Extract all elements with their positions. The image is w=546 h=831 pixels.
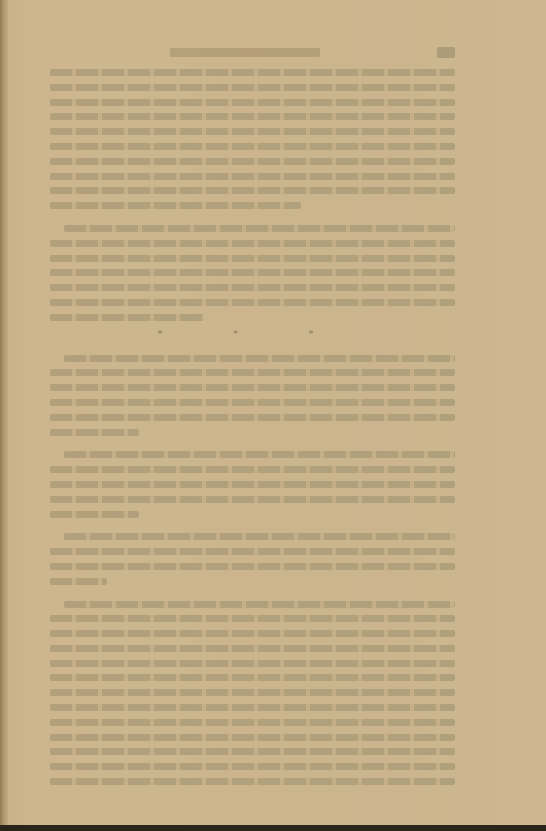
text-line: [50, 507, 455, 522]
text-line: [50, 492, 455, 507]
text-line: [50, 139, 455, 154]
text-line: [50, 611, 455, 626]
text-line: [50, 221, 455, 236]
text-line: [50, 365, 455, 380]
text-line: [50, 759, 455, 774]
paragraph: [50, 529, 455, 588]
paragraphs-before-separator: [50, 65, 455, 325]
text-line: [50, 597, 455, 612]
text-line: [50, 109, 455, 124]
book-page: * * *: [0, 0, 546, 825]
text-line: [50, 280, 455, 295]
text-line: [50, 169, 455, 184]
text-line: [50, 700, 455, 715]
text-line: [50, 574, 455, 589]
text-line: [50, 295, 455, 310]
paragraph: [50, 597, 455, 789]
text-line: [50, 715, 455, 730]
paragraph: [50, 351, 455, 440]
body-text: * * *: [50, 65, 455, 789]
binding-gutter: [0, 0, 8, 825]
text-line: [50, 529, 455, 544]
scan-bottom-edge: [0, 825, 546, 831]
text-line: [50, 265, 455, 280]
text-line: [50, 544, 455, 559]
text-line: [50, 685, 455, 700]
text-line: [50, 730, 455, 745]
text-line: [50, 744, 455, 759]
text-line: [50, 395, 455, 410]
text-line: [50, 65, 455, 80]
text-line: [50, 251, 455, 266]
paragraph: [50, 221, 455, 325]
text-line: [50, 670, 455, 685]
text-line: [50, 656, 455, 671]
paragraph: [50, 447, 455, 521]
page-number: [437, 47, 455, 58]
page-header: [50, 46, 455, 60]
text-line: [50, 447, 455, 462]
text-line: [50, 477, 455, 492]
text-line: [50, 95, 455, 110]
paragraph: [50, 65, 455, 213]
text-line: [50, 774, 455, 789]
paragraphs-after-separator: [50, 351, 455, 789]
text-line: [50, 641, 455, 656]
running-head: [170, 48, 320, 57]
text-line: [50, 559, 455, 574]
text-line: [50, 425, 455, 440]
text-line: [50, 351, 455, 366]
text-line: [50, 80, 455, 95]
text-line: [50, 380, 455, 395]
text-line: [50, 124, 455, 139]
text-line: [50, 410, 455, 425]
asterism-icon: * * *: [50, 325, 455, 351]
text-line: [50, 310, 455, 325]
text-line: [50, 462, 455, 477]
text-line: [50, 236, 455, 251]
text-line: [50, 183, 455, 198]
text-line: [50, 626, 455, 641]
text-line: [50, 198, 455, 213]
text-line: [50, 154, 455, 169]
